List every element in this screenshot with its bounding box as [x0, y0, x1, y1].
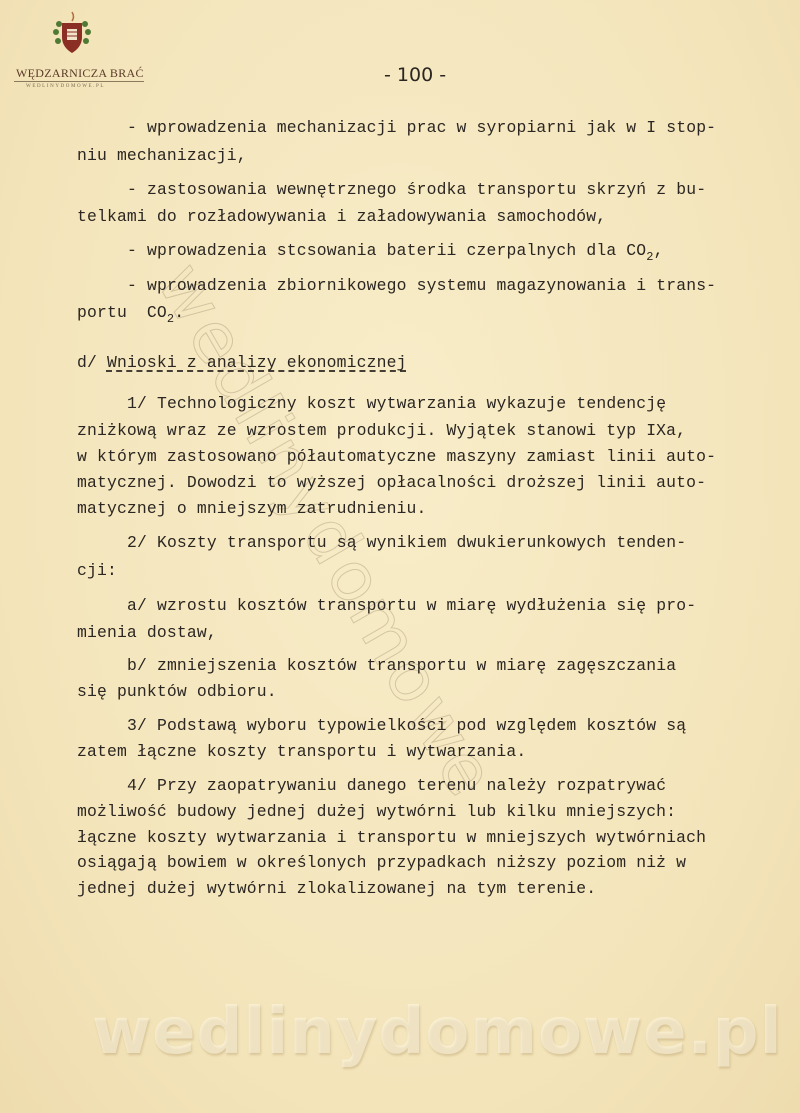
text: portu CO — [77, 303, 167, 322]
text-line: łączne koszty wytwarzania i transportu w… — [77, 828, 706, 847]
text-line: niu mechanizacji, — [77, 146, 247, 165]
punct: , — [654, 241, 664, 260]
text-line: 2/ Koszty transportu są wynikiem dwukier… — [127, 533, 686, 552]
text-line: - zastosowania wewnętrznego środka trans… — [127, 180, 706, 199]
text-line: 4/ Przy zaopatrywaniu danego terenu nale… — [127, 776, 666, 795]
text-line: 1/ Technologiczny koszt wytwarzania wyka… — [127, 394, 666, 413]
punct: . — [174, 303, 184, 322]
text-line: osiągają bowiem w określonych przypadkac… — [77, 853, 686, 872]
text-line: b/ zmniejszenia kosztów transportu w mia… — [127, 656, 676, 675]
page-number: - 100 - — [384, 64, 446, 86]
text-line: a/ wzrostu kosztów transportu w miarę wy… — [127, 596, 696, 615]
text-line: w którym zastosowano półautomatyczne mas… — [77, 447, 716, 466]
text: - wprowadzenia stcsowania baterii czerpa… — [127, 241, 646, 260]
site-logo[interactable]: WĘDZARNICZA BRAĆ WEDLINYDOMOWE.PL — [0, 0, 150, 95]
logo-title: WĘDZARNICZA BRAĆ — [16, 66, 144, 81]
logo-subtitle: WEDLINYDOMOWE.PL — [26, 84, 105, 89]
text-line: zatem łączne koszty transportu i wytwarz… — [77, 742, 526, 761]
text-line: jednej dużej wytwórni zlokalizowanej na … — [77, 879, 596, 898]
text-line: telkami do rozładowywania i załadowywani… — [77, 207, 606, 226]
text-line-co2: portu CO2. — [77, 303, 184, 322]
logo-divider — [14, 81, 144, 82]
text-line: matycznej. Dowodzi to wyższej opłacalnoś… — [77, 473, 706, 492]
text-line: cji: — [77, 561, 117, 580]
section-prefix: d/ — [77, 353, 107, 372]
shield-emblem-icon — [52, 10, 92, 56]
text-line: się punktów odbioru. — [77, 682, 277, 701]
section-title: Wnioski z analizy ekonomicznej — [107, 353, 407, 372]
section-heading: d/ Wnioski z analizy ekonomicznej — [77, 353, 407, 372]
text-line: matycznej o mniejszym zatrudnieniu. — [77, 499, 427, 518]
subscript: 2 — [646, 250, 653, 264]
text-line: - wprowadzenia zbiornikowego systemu mag… — [127, 276, 716, 295]
text-line: możliwość budowy jednej dużej wytwórni l… — [77, 802, 676, 821]
text-line-co2: - wprowadzenia stcsowania baterii czerpa… — [127, 241, 664, 260]
text-line: mienia dostaw, — [77, 623, 217, 642]
text-line: zniżkową wraz ze wzrostem produkcji. Wyj… — [77, 421, 686, 440]
text-line: - wprowadzenia mechanizacji prac w syrop… — [127, 118, 716, 137]
text-line: 3/ Podstawą wyboru typowielkości pod wzg… — [127, 716, 686, 735]
bottom-watermark: wedlinydomowe.pl — [92, 995, 783, 1069]
